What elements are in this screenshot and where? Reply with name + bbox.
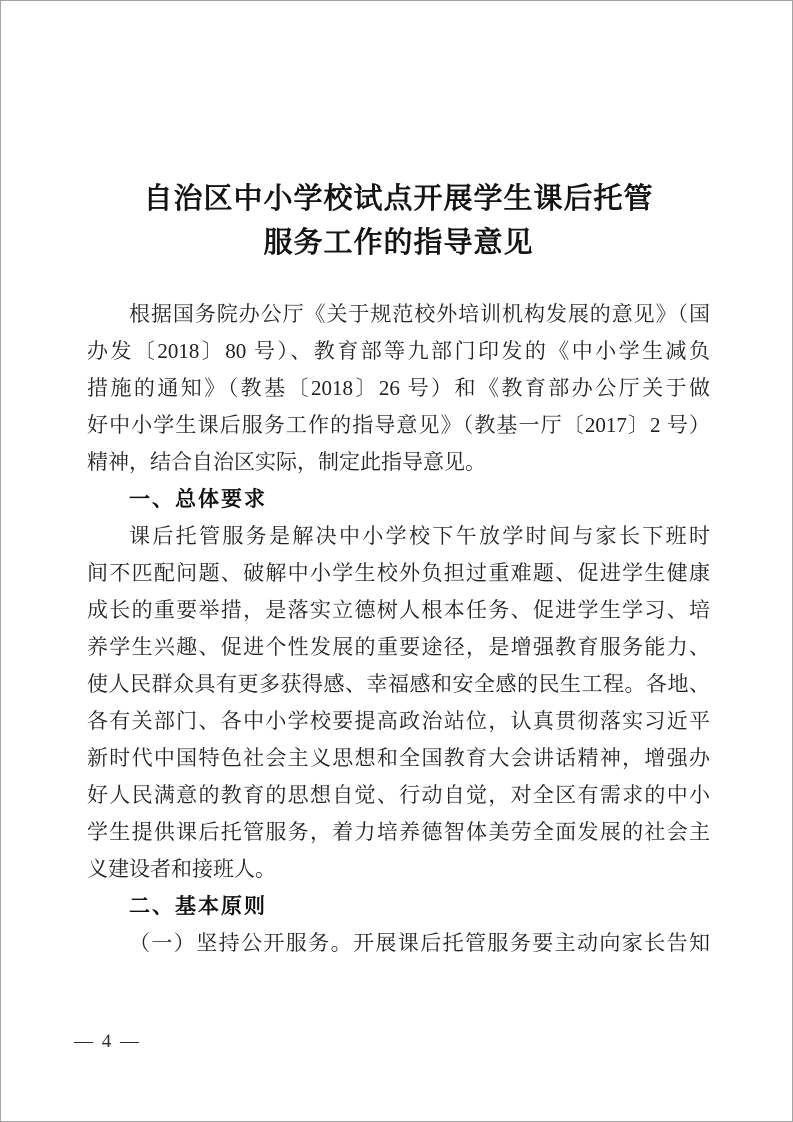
body-line: 间不匹配问题、破解中小学生校外负担过重难题、促进学生健康 <box>87 555 710 592</box>
section-heading-1: 一、总体要求 <box>87 481 710 518</box>
body-line: 义建设者和接班人。 <box>87 851 710 888</box>
body-line: 学生提供课后托管服务，着力培养德智体美劳全面发展的社会主 <box>87 814 710 851</box>
title-line-1: 自治区中小学校试点开展学生课后托管 <box>87 177 710 221</box>
body-line: 养学生兴趣、促进个性发展的重要途径，是增强教育服务能力、 <box>87 629 710 666</box>
body-line: 各有关部门、各中小学校要提高政治站位，认真贯彻落实习近平 <box>87 703 710 740</box>
document-page: 自治区中小学校试点开展学生课后托管 服务工作的指导意见 根据国务院办公厅《关于规… <box>0 0 793 1122</box>
body-line: 好人民满意的教育的思想自觉、行动自觉，对全区有需求的中小 <box>87 777 710 814</box>
section-heading-2: 二、基本原则 <box>87 888 710 925</box>
document-body: 根据国务院办公厅《关于规范校外培训机构发展的意见》（国 办发〔2018〕80 号… <box>87 296 710 962</box>
body-line: （一）坚持公开服务。开展课后托管服务要主动向家长告知 <box>87 925 710 962</box>
title-line-2: 服务工作的指导意见 <box>87 221 710 265</box>
body-line: 使人民群众具有更多获得感、幸福感和安全感的民生工程。各地、 <box>87 666 710 703</box>
page-number: — 4 — <box>74 1028 141 1056</box>
body-line: 新时代中国特色社会主义思想和全国教育大会讲话精神，增强办 <box>87 740 710 777</box>
document-title: 自治区中小学校试点开展学生课后托管 服务工作的指导意见 <box>87 177 710 265</box>
intro-line: 好中小学生课后服务工作的指导意见》（教基一厅〔2017〕2 号） <box>87 407 710 444</box>
intro-line: 根据国务院办公厅《关于规范校外培训机构发展的意见》（国 <box>87 296 710 333</box>
intro-line: 精神，结合自治区实际，制定此指导意见。 <box>87 444 710 481</box>
intro-line: 措施的通知》（教基〔2018〕26 号）和《教育部办公厅关于做 <box>87 370 710 407</box>
intro-line: 办发〔2018〕80 号）、教育部等九部门印发的《中小学生减负 <box>87 333 710 370</box>
body-line: 课后托管服务是解决中小学校下午放学时间与家长下班时 <box>87 518 710 555</box>
body-line: 成长的重要举措，是落实立德树人根本任务、促进学生学习、培 <box>87 592 710 629</box>
